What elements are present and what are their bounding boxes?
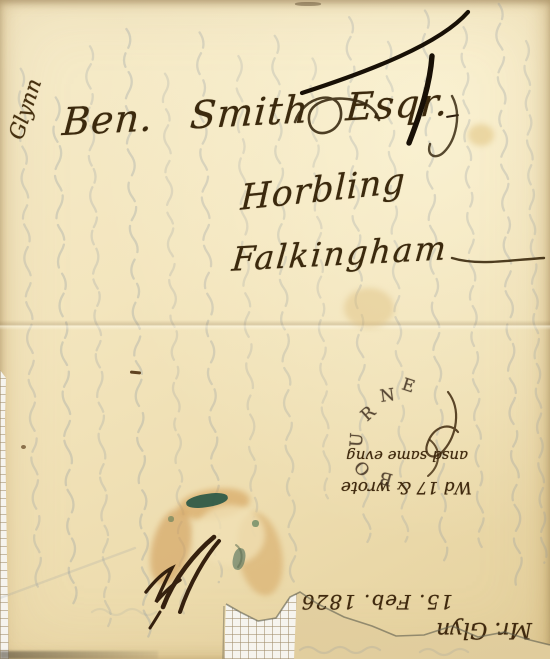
scan-edge-shadow: [0, 651, 158, 659]
postmark-letter: R: [357, 402, 380, 425]
postmark-letter: O: [351, 456, 375, 480]
paper-notch-shadow: [295, 2, 321, 6]
paper-stain: [468, 124, 494, 146]
postmark-letter: E: [399, 375, 417, 398]
green-wax-speck: [168, 516, 174, 522]
green-wax-speck: [252, 520, 259, 527]
horizontal-fold-crease: [0, 320, 550, 330]
seal-stain-center: [195, 505, 265, 565]
postmark-letter: N: [379, 385, 397, 407]
ink-speck: [21, 445, 26, 449]
bourne-postmark: B O U R N E: [340, 368, 470, 498]
inverted-docket-date: 15. Feb. 1826: [278, 590, 453, 614]
postmark-letter: B: [378, 467, 395, 490]
paper-stain: [344, 288, 394, 328]
postmark-letter: U: [347, 432, 368, 448]
letter-scan: Ben. Smith Esqr. Horbling Falkingham Gly…: [0, 0, 550, 659]
inverted-docket-name: Mr. Glyn: [382, 617, 532, 642]
